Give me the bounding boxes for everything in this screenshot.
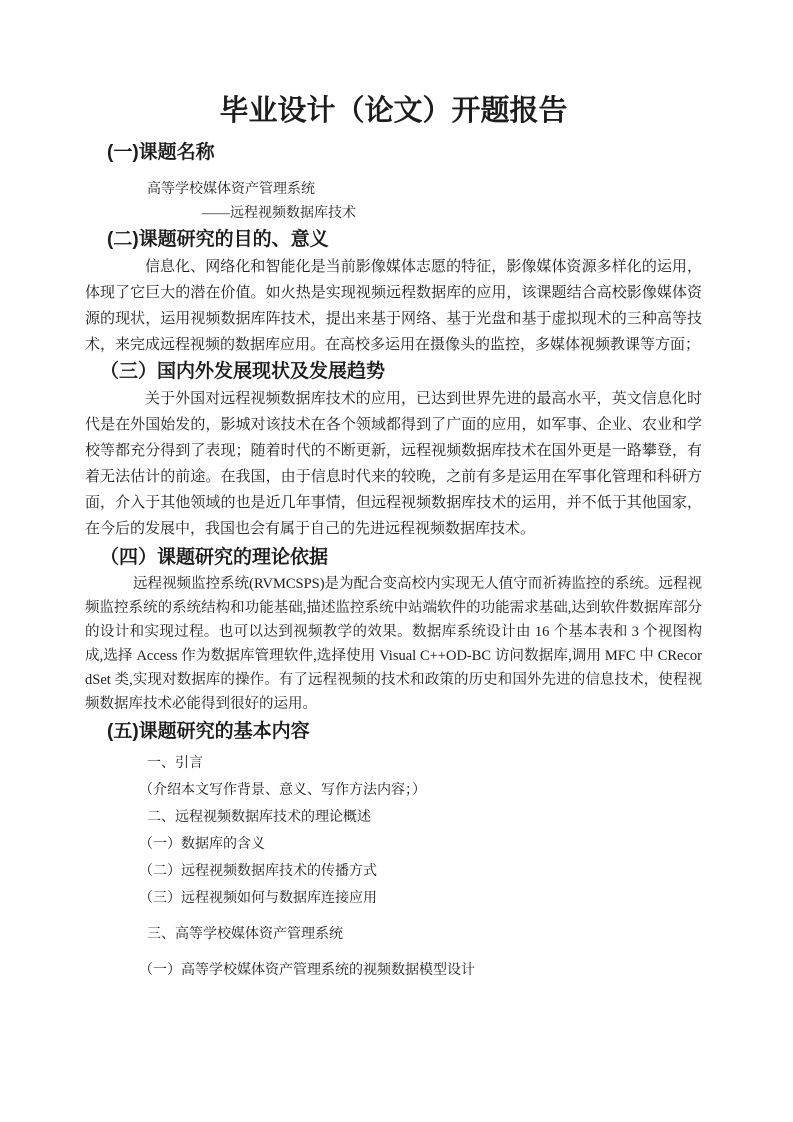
outline-item: （介绍本文写作背景、意义、写作方法内容；） — [85, 777, 702, 804]
outline-item: （一）数据库的含义 — [85, 831, 702, 858]
section-heading-theory-basis: （四）课题研究的理论依据 — [85, 544, 702, 572]
section-paragraph-theory-basis: 远程视频监控系统(RVMCSPS)是为配合变高校内实现无人值守而祈祷监控的系统。… — [85, 572, 702, 716]
topic-name-line: 高等学校媒体资产管理系统 — [85, 178, 702, 202]
outline-item: （一）高等学校媒体资产管理系统的视频数据模型设计 — [85, 957, 702, 984]
document-page: 毕业设计（论文）开题报告 (一)课题名称 高等学校媒体资产管理系统 ——远程视频… — [0, 0, 793, 1122]
document-title: 毕业设计（论文）开题报告 — [85, 90, 702, 132]
section-heading-topic-name: (一)课题名称 — [85, 139, 702, 167]
section-paragraph-status-trends: 关于外国对远程视频数据库技术的应用，已达到世界先进的最高水平，英文信息化时代是在… — [85, 386, 702, 542]
outline-item: 三、高等学校媒体资产管理系统 — [85, 921, 702, 948]
topic-subtitle-line: ——远程视频数据库技术 — [85, 202, 702, 226]
outline-item: 一、引言 — [85, 750, 702, 777]
section-heading-purpose: (二)课题研究的目的、意义 — [85, 226, 702, 254]
outline-item: 二、远程视频数据库技术的理论概述 — [85, 804, 702, 831]
section-heading-status-trends: （三）国内外发展现状及发展趋势 — [85, 358, 702, 386]
outline-item: （三）远程视频如何与数据库连接应用 — [85, 885, 702, 912]
document-content: 毕业设计（论文）开题报告 (一)课题名称 高等学校媒体资产管理系统 ——远程视频… — [0, 90, 793, 984]
section-heading-basic-content: (五)课题研究的基本内容 — [85, 718, 702, 746]
section-paragraph-purpose: 信息化、网络化和智能化是当前影像媒体志愿的特征，影像媒体资源多样化的运用，体现了… — [85, 254, 702, 358]
outline-item: （二）远程视频数据库技术的传播方式 — [85, 858, 702, 885]
outline-list: 一、引言 （介绍本文写作背景、意义、写作方法内容；） 二、远程视频数据库技术的理… — [85, 750, 702, 984]
